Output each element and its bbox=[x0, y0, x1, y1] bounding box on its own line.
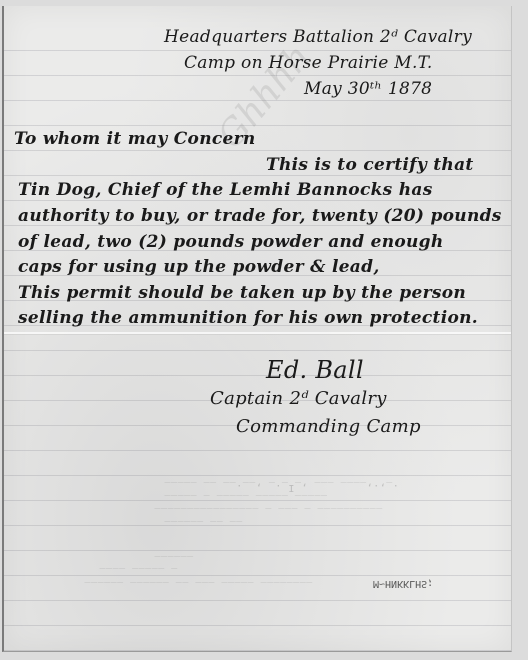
heading-date: May 30ᵗʰ 1878 bbox=[304, 79, 432, 99]
body-line-5: caps for using up the powder & lead, bbox=[18, 257, 380, 277]
reverse-text-bleed: _____ _____ _____ _ _____ bbox=[164, 495, 327, 506]
body-line-4: of lead, two (2) pounds powder and enoug… bbox=[18, 232, 444, 252]
reverse-text-bleed: _ _____ ____ bbox=[99, 568, 177, 579]
body-line-3: authority to buy, or trade for, twenty (… bbox=[18, 206, 502, 226]
heading-line-2: Camp on Horse Prairie M.T. bbox=[184, 53, 433, 73]
body-line-6: This permit should be taken up by the pe… bbox=[18, 283, 466, 303]
reverse-text-bleed: ________ _____ ___ __ ______ ______ bbox=[84, 582, 312, 593]
body-line-2: Tin Dog, Chief of the Lemhi Bannocks has bbox=[18, 180, 433, 200]
reverse-text-bleed: __ __ ______ bbox=[164, 521, 242, 532]
reverse-stamp: M~HNKKLHS; bbox=[373, 578, 433, 589]
reverse-text-bleed: __________ _ ___ _ ________________ bbox=[154, 508, 382, 519]
salutation: To whom it may Concern bbox=[14, 129, 256, 149]
body-line-7: selling the ammunition for his own prote… bbox=[18, 308, 478, 328]
signature-title: Captain 2ᵈ Cavalry bbox=[210, 388, 387, 409]
signature-role: Commanding Camp bbox=[236, 416, 421, 437]
heading-line-1: Headquarters Battalion 2ᵈ Cavalry bbox=[164, 27, 472, 47]
reverse-text-bleed: ______ bbox=[154, 556, 193, 567]
body-line-1: This is to certify that bbox=[266, 155, 474, 175]
reverse-text-bleed: ._,.,____ ___ ,_I_._ ,__.__ __ _____ bbox=[164, 482, 399, 493]
letter-page: Ghhhh ._,.,____ ___ ,_I_._ ,__.__ __ ___… bbox=[2, 6, 512, 652]
signature-name: Ed. Ball bbox=[266, 356, 364, 384]
fold-crease bbox=[4, 332, 511, 334]
